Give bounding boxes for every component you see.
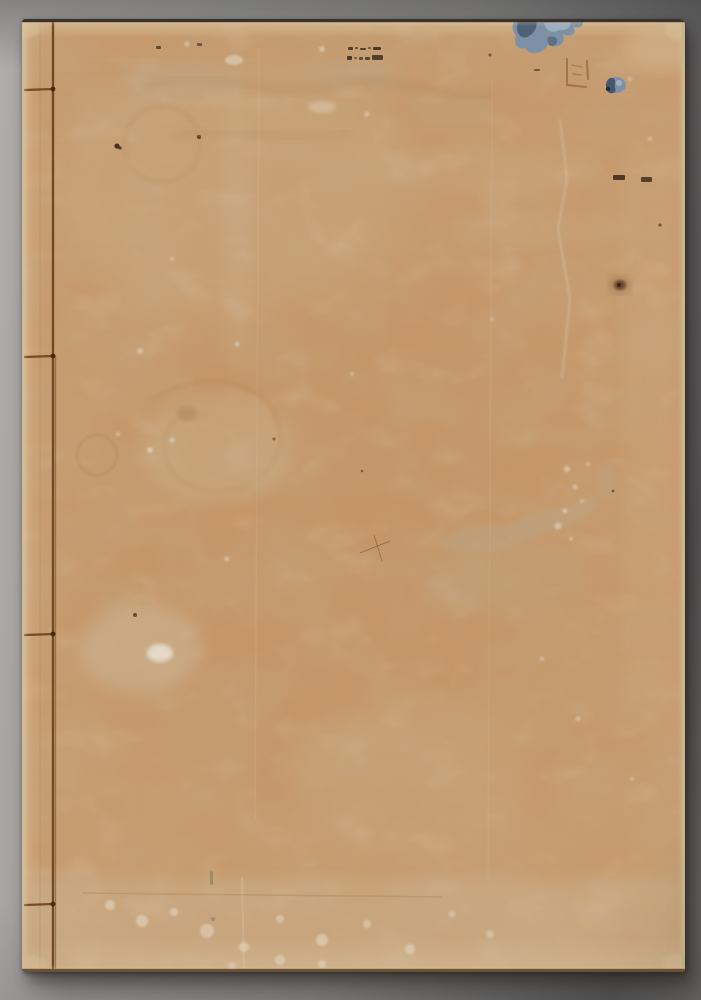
- photo-stage: [0, 0, 701, 1000]
- book-cover-art: [22, 19, 685, 972]
- book-cover-photo: [22, 19, 685, 972]
- edge-wear: [22, 19, 685, 972]
